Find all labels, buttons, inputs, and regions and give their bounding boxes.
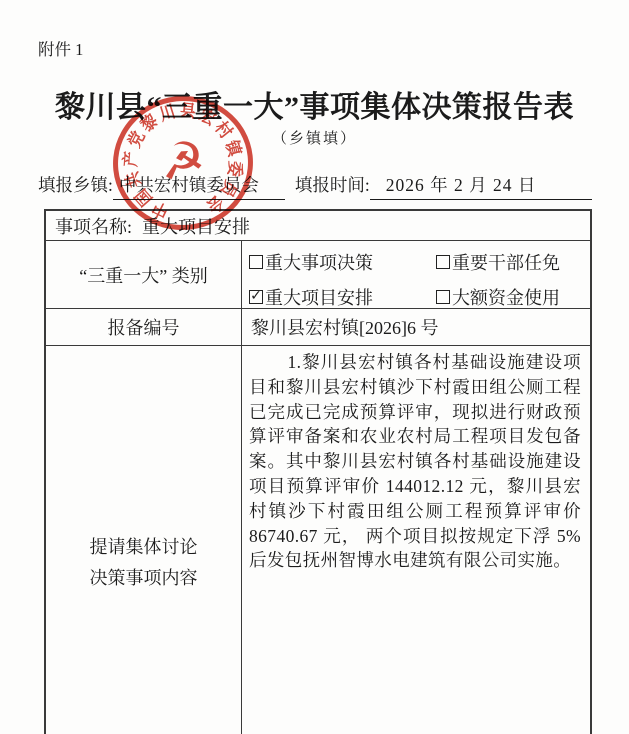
content-label-line2: 决策事项内容 (90, 563, 198, 594)
checkbox-checked-icon: ✓ (249, 290, 263, 304)
category-label: “三重一大” 类别 (79, 262, 207, 288)
page-root: 附件 1 黎川县“三重一大”事项集体决策报告表 （乡镇填） 填报乡镇:中共宏村镇… (0, 0, 629, 734)
decision-table: 事项名称: 重大项目安排 “三重一大” 类别 重大事项决策 重要干部任免 ✓ 重… (44, 209, 592, 734)
item-name-value: 重大项目安排 (142, 213, 250, 239)
checkbox-icon (436, 255, 450, 269)
category-label-cell: “三重一大” 类别 (46, 241, 242, 308)
content-text-cell: 1.黎川县宏村镇各村基础设施建设项目和黎川县宏村镇沙下村霞田组公厕工程已完成已完… (242, 346, 590, 734)
report-info-line: 填报乡镇:中共宏村镇委员会填报时间:2026 年 2 月 24 日 (38, 172, 592, 200)
content-label-cell: 提请集体讨论 决策事项内容 (46, 346, 242, 734)
page-title: 黎川县“三重一大”事项集体决策报告表 (0, 82, 629, 126)
report-date-label: 填报时间: (295, 172, 370, 197)
content-label-line1: 提请集体讨论 (90, 532, 198, 563)
category-option: 大额资金使用 (436, 284, 590, 310)
category-option-label: 重大事项决策 (265, 249, 373, 275)
checkbox-icon (249, 255, 263, 269)
report-date-value: 2026 年 2 月 24 日 (370, 172, 592, 200)
category-option: ✓ 重大项目安排 (249, 284, 436, 310)
category-options-cell: 重大事项决策 重要干部任免 ✓ 重大项目安排 大额资金使用 (242, 241, 590, 308)
content-text: 1.黎川县宏村镇各村基础设施建设项目和黎川县宏村镇沙下村霞田组公厕工程已完成已完… (249, 350, 581, 573)
attachment-label: 附件 1 (38, 36, 83, 60)
category-option-label: 重大项目安排 (265, 284, 373, 310)
report-no-row: 报备编号 黎川县宏村镇[2026]6 号 (46, 309, 590, 346)
report-town-value: 中共宏村镇委员会 (113, 172, 285, 200)
report-no-label-cell: 报备编号 (46, 309, 242, 345)
report-town-label: 填报乡镇: (38, 172, 113, 197)
checkbox-icon (436, 290, 450, 304)
report-no-value: 黎川县宏村镇[2026]6 号 (251, 314, 439, 340)
content-row: 提请集体讨论 决策事项内容 1.黎川县宏村镇各村基础设施建设项目和黎川县宏村镇沙… (46, 346, 590, 734)
page-subtitle: （乡镇填） (0, 127, 629, 148)
category-option-label: 重要干部任免 (452, 249, 560, 275)
category-option: 重大事项决策 (249, 249, 436, 275)
item-name-label: 事项名称: (55, 213, 132, 239)
report-no-value-cell: 黎川县宏村镇[2026]6 号 (242, 309, 590, 345)
report-no-label: 报备编号 (108, 314, 180, 340)
category-option: 重要干部任免 (436, 249, 590, 275)
category-option-label: 大额资金使用 (452, 284, 560, 310)
item-name-row: 事项名称: 重大项目安排 (46, 211, 590, 241)
category-row: “三重一大” 类别 重大事项决策 重要干部任免 ✓ 重大项目安排 大额资金使用 (46, 241, 590, 309)
